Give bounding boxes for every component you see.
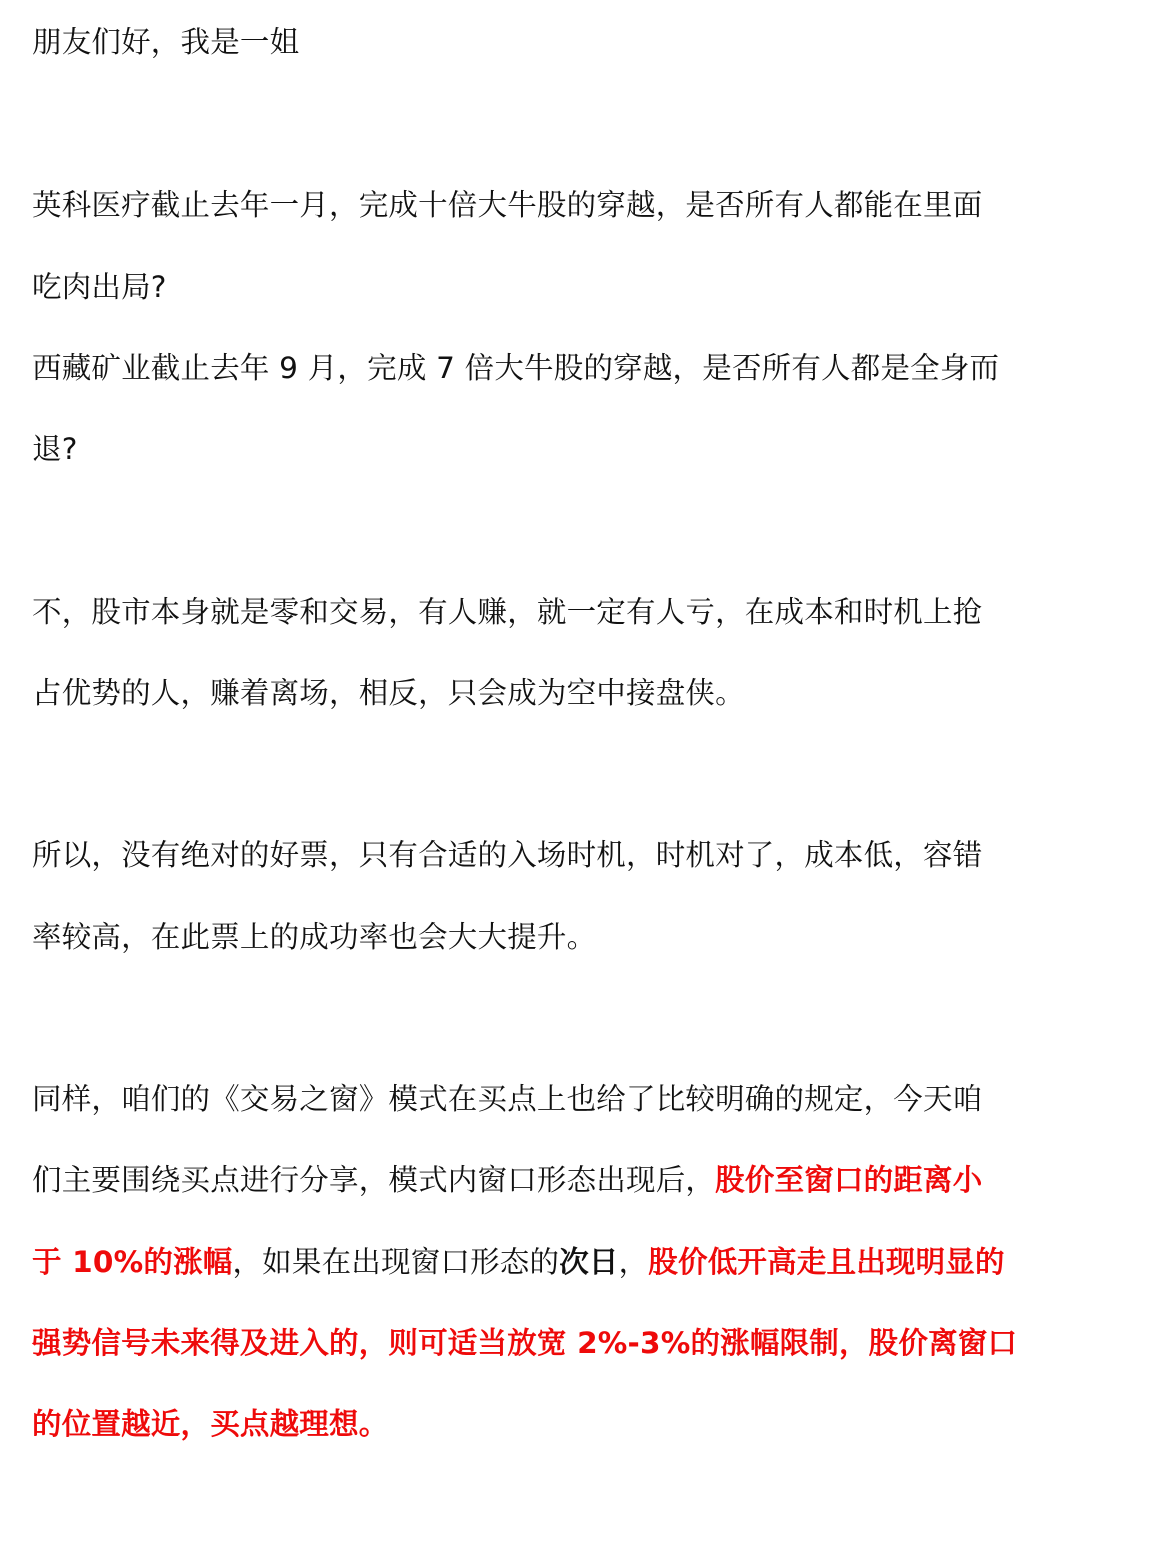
text-line: 于 10%的涨幅，如果在出现窗口形态的次日，股价低开高走且出现明显的 — [32, 1242, 1122, 1282]
text-line: 西藏矿业截止去年 9 月，完成 7 倍大牛股的穿越，是否所有人都是全身而 — [32, 348, 1122, 388]
text-line: 同样，咱们的《交易之窗》模式在买点上也给了比较明确的规定，今天咱 — [32, 1079, 1122, 1119]
text-line: 们主要围绕买点进行分享，模式内窗口形态出现后，股价至窗口的距离小 — [32, 1160, 1122, 1200]
highlight-red-text: 股价至窗口的距离小 — [715, 1163, 982, 1197]
text-line: 英科医疗截止去年一月，完成十倍大牛股的穿越，是否所有人都能在里面 — [32, 185, 1122, 225]
text-segment: ， — [619, 1245, 649, 1279]
highlight-red-text: 于 10%的涨幅 — [32, 1245, 232, 1279]
text-line: 退? — [32, 429, 1122, 469]
greeting-line: 朋友们好，我是一姐 — [32, 22, 1122, 62]
text-line: 所以，没有绝对的好票，只有合适的入场时机，时机对了，成本低，容错 — [32, 835, 1122, 875]
highlight-red-line: 强势信号未来得及进入的，则可适当放宽 2%-3%的涨幅限制，股价离窗口 — [32, 1323, 1122, 1363]
text-line: 吃肉出局? — [32, 267, 1122, 307]
highlight-red-line: 的位置越近，买点越理想。 — [32, 1404, 1122, 1444]
text-line: 不，股市本身就是零和交易，有人赚，就一定有人亏，在成本和时机上抢 — [32, 592, 1122, 632]
text-segment: 们主要围绕买点进行分享，模式内窗口形态出现后， — [32, 1163, 715, 1197]
text-segment: ，如果在出现窗口形态的 — [232, 1245, 559, 1279]
text-line: 占优势的人，赚着离场，相反，只会成为空中接盘侠。 — [32, 673, 1122, 713]
bold-text: 次日 — [559, 1245, 618, 1279]
highlight-red-text: 股价低开高走且出现明显的 — [648, 1245, 1004, 1279]
text-line: 率较高，在此票上的成功率也会大大提升。 — [32, 917, 1122, 957]
